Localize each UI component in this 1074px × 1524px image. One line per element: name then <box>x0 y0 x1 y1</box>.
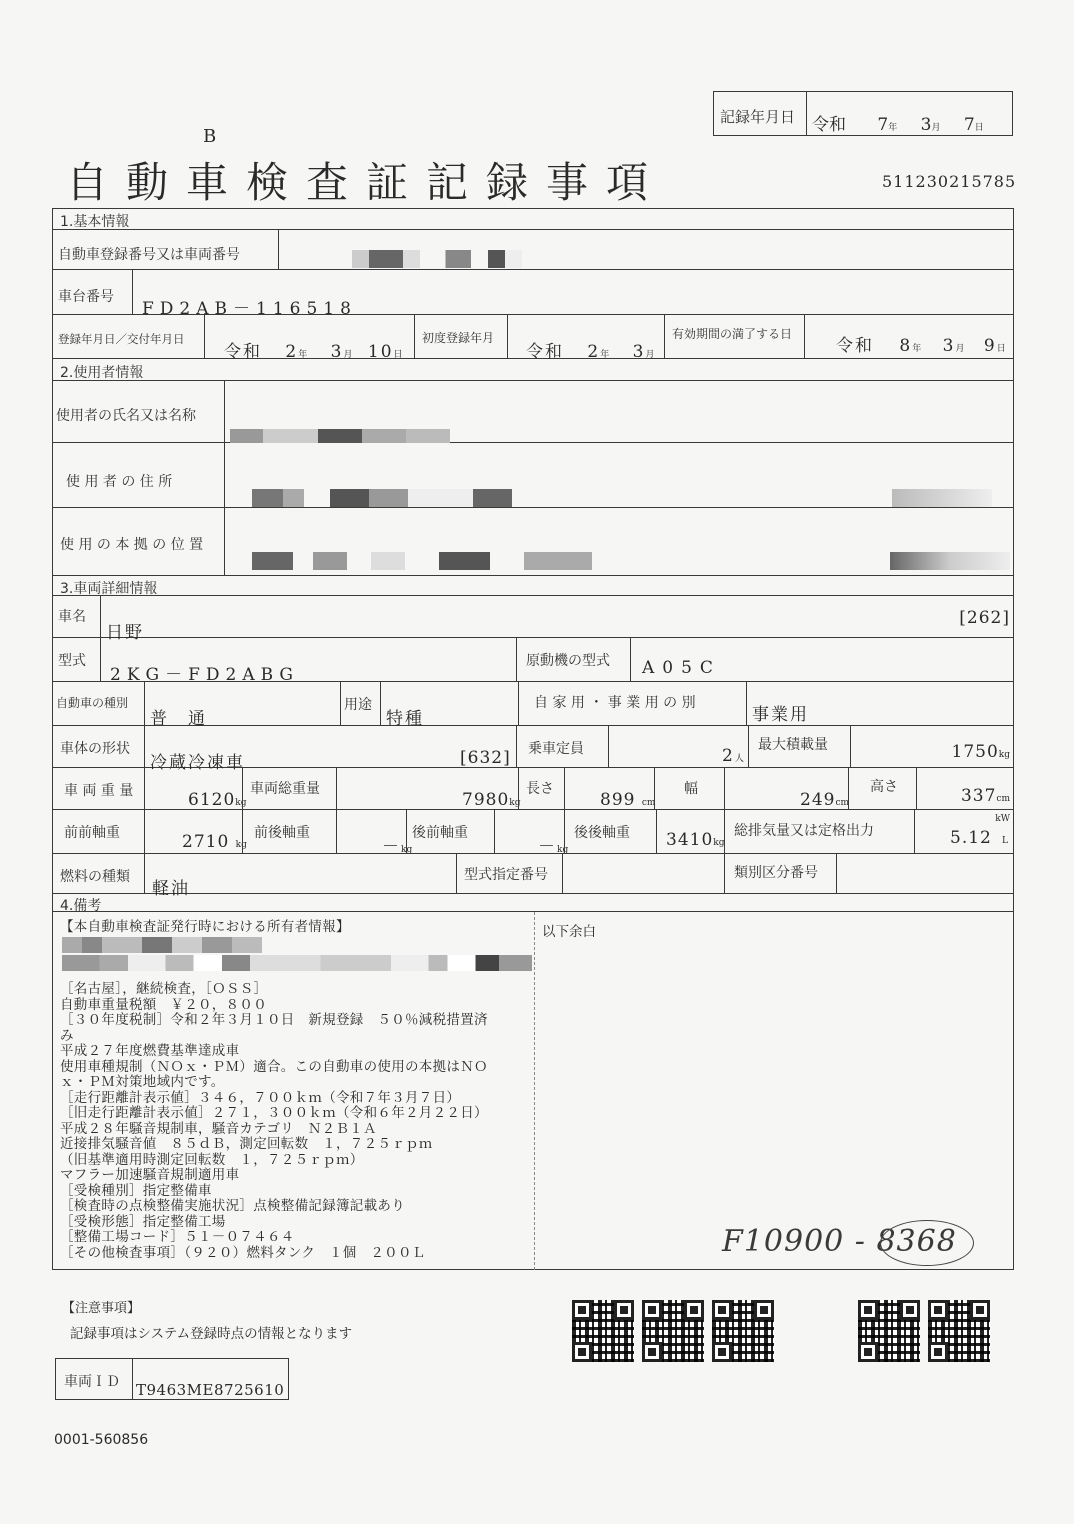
remarks-line: マフラー加速騒音規制適用車 <box>60 1168 488 1184</box>
remarks-line: 平成２７年度燃費基準達成車 <box>60 1044 488 1060</box>
ff-axle: 2710 kg <box>182 832 247 852</box>
redacted-owner-info-2 <box>62 955 532 971</box>
record-date-label: 記録年月日 <box>720 106 795 127</box>
gross-weight: 7980kg <box>462 790 520 810</box>
remarks-line: ［検査時の点検整備実施状況］点検整備記録簿記載あり <box>60 1199 488 1215</box>
remarks-line: （旧基準適用時測定回転数 １，７２５ｒｐｍ） <box>60 1153 488 1169</box>
vehicle-weight: 6120kg <box>188 790 246 810</box>
redacted-owner-info <box>62 937 262 953</box>
displacement: 5.12 <box>950 828 992 848</box>
remarks-line: ［旧走行距離計表示値］２７１，３００ｋｍ（令和６年２月２２日） <box>60 1106 488 1122</box>
section-basic-info: 1.基本情報 <box>60 211 129 231</box>
rr-axle-label: 後後軸重 <box>574 822 630 842</box>
page-title: 自動車検査証記録事項 <box>66 150 666 210</box>
qr-code-4 <box>858 1300 920 1362</box>
chassis-number-label: 車台番号 <box>58 286 114 306</box>
gross-weight-label: 車両総重量 <box>250 778 320 798</box>
remarks-line: 自動車重量税額 ￥２０，８００ <box>60 998 488 1014</box>
form-letter: B <box>203 126 216 147</box>
remarks-line: ［整備工場コード］５１－０７４６４ <box>60 1230 488 1246</box>
length-label: 長さ <box>526 778 554 798</box>
displacement-unit-l: L <box>1002 836 1008 846</box>
redacted-registration-number <box>352 250 522 268</box>
fuel-label: 燃料の種類 <box>60 866 130 886</box>
body-shape-code: [632] <box>460 748 511 768</box>
engine-model: A05C <box>642 658 721 678</box>
height-label: 高さ <box>870 776 898 796</box>
model-label: 型式 <box>58 650 86 670</box>
ff-axle-label: 前前軸重 <box>64 822 120 842</box>
expiry-date: 令和 8年 3月 9日 <box>836 331 1006 356</box>
capacity-label: 乗車定員 <box>528 738 584 758</box>
category-label: 類別区分番号 <box>734 862 818 882</box>
width: 249cm <box>800 790 849 810</box>
displacement-unit-kw: kW <box>995 814 1010 824</box>
max-load: 1750kg <box>952 742 1010 762</box>
qr-code-2 <box>642 1300 704 1362</box>
record-date-box: 記録年月日 令和 7年 3月 7日 <box>713 91 1013 136</box>
fr-axle-label: 前後軸重 <box>254 822 310 842</box>
redacted-base-location-2 <box>890 552 1010 570</box>
capacity: 2人 <box>722 746 744 766</box>
car-name-code: [262] <box>959 608 1010 628</box>
length: 899 cm <box>600 790 655 810</box>
user-name-label: 使用者の氏名又は名称 <box>56 405 196 425</box>
displacement-label: 総排気量又は定格出力 <box>734 820 874 840</box>
document-number: 511230215785 <box>882 172 1016 191</box>
width-label: 幅 <box>684 778 698 798</box>
qr-code-3 <box>712 1300 774 1362</box>
height: 337cm <box>961 786 1010 806</box>
remarks-text: ［名古屋］，継続検査，［ＯＳＳ］自動車重量税額 ￥２０，８００［３０年度税制］令… <box>60 982 488 1261</box>
redacted-user-address-2 <box>892 489 992 507</box>
notice-text: 記録事項はシステム登録時点の情報となります <box>70 1322 352 1342</box>
remarks-line: ［３０年度税制］令和２年３月１０日 新規登録 ５０％減税措置済 <box>60 1013 488 1029</box>
notice-title: 【注意事項】 <box>62 1297 140 1316</box>
qr-code-1 <box>572 1300 634 1362</box>
redacted-user-address <box>252 489 512 507</box>
handwritten-circle <box>880 1220 974 1266</box>
registration-number-label: 自動車登録番号又は車両番号 <box>58 244 240 264</box>
registration-date-label: 登録年月日／交付年月日 <box>58 331 185 347</box>
private-business-label: 自 家 用 ・ 事 業 用 の 別 <box>534 692 696 712</box>
expiry-label: 有効期間の満了する日 <box>672 325 792 342</box>
redacted-base-location <box>252 552 592 570</box>
remarks-line: ［走行距離計表示値］３４６，７００ｋｍ（令和７年３月７日） <box>60 1091 488 1107</box>
engine-model-label: 原動機の型式 <box>526 650 610 670</box>
remarks-line: ［受検形態］指定整備工場 <box>60 1215 488 1231</box>
remarks-line: ［名古屋］，継続検査，［ＯＳＳ］ <box>60 982 488 998</box>
type-designation-label: 型式指定番号 <box>464 864 548 884</box>
vehicle-id-box: 車両ＩＤ T9463ME8725610 <box>55 1358 289 1400</box>
user-address-label: 使 用 者 の 住 所 <box>66 471 172 491</box>
remarks-line: 平成２８年騒音規制車，騒音カテゴリ Ｎ２Ｂ１Ａ <box>60 1122 488 1138</box>
remarks-line: ［受検種別］指定整備車 <box>60 1184 488 1200</box>
remarks-line: ｘ・ＰＭ対策地域内です。 <box>60 1075 488 1091</box>
remarks-line: 近接排気騒音値 ８５ｄＢ，測定回転数 １，７２５ｒｐｍ <box>60 1137 488 1153</box>
first-registration-label: 初度登録年月 <box>422 329 494 346</box>
car-name-label: 車名 <box>58 606 86 626</box>
redacted-user-name <box>230 429 450 443</box>
section-vehicle-details: 3.車両詳細情報 <box>60 578 157 598</box>
qr-code-5 <box>928 1300 990 1362</box>
record-date-value: 令和 7年 3月 7日 <box>812 110 984 135</box>
owner-heading: 【本自動車検査証発行時における所有者情報】 <box>60 920 350 936</box>
remarks-line: 使用車種規制（ＮＯｘ・ＰＭ）適合。この自動車の使用の本拠はＮＯ <box>60 1060 488 1076</box>
vehicle-id: T9463ME8725610 <box>136 1381 284 1399</box>
section-user-info: 2.使用者情報 <box>60 362 143 382</box>
vehicle-weight-label: 車 両 重 量 <box>64 780 133 800</box>
section-remarks: 4.備考 <box>60 895 101 915</box>
max-load-label: 最大積載量 <box>758 734 828 754</box>
base-location-label: 使 用 の 本 拠 の 位 置 <box>60 534 203 554</box>
serial-number: 0001-560856 <box>54 1432 148 1448</box>
purpose-label: 用途 <box>344 694 372 714</box>
remarks-right-note: 以下余白 <box>542 920 596 940</box>
vehicle-type-label: 自動車の種別 <box>56 694 128 711</box>
rf-axle-label: 後前軸重 <box>412 822 468 842</box>
body-shape-label: 車体の形状 <box>60 738 130 758</box>
remarks-line: み <box>60 1029 488 1045</box>
remarks-line: ［その他検査事項］（９２０）燃料タンク １個 ２００Ｌ <box>60 1246 488 1262</box>
vehicle-id-label: 車両ＩＤ <box>64 1371 120 1391</box>
private-business: 事業用 <box>752 700 809 725</box>
rr-axle: 3410kg <box>666 830 724 850</box>
